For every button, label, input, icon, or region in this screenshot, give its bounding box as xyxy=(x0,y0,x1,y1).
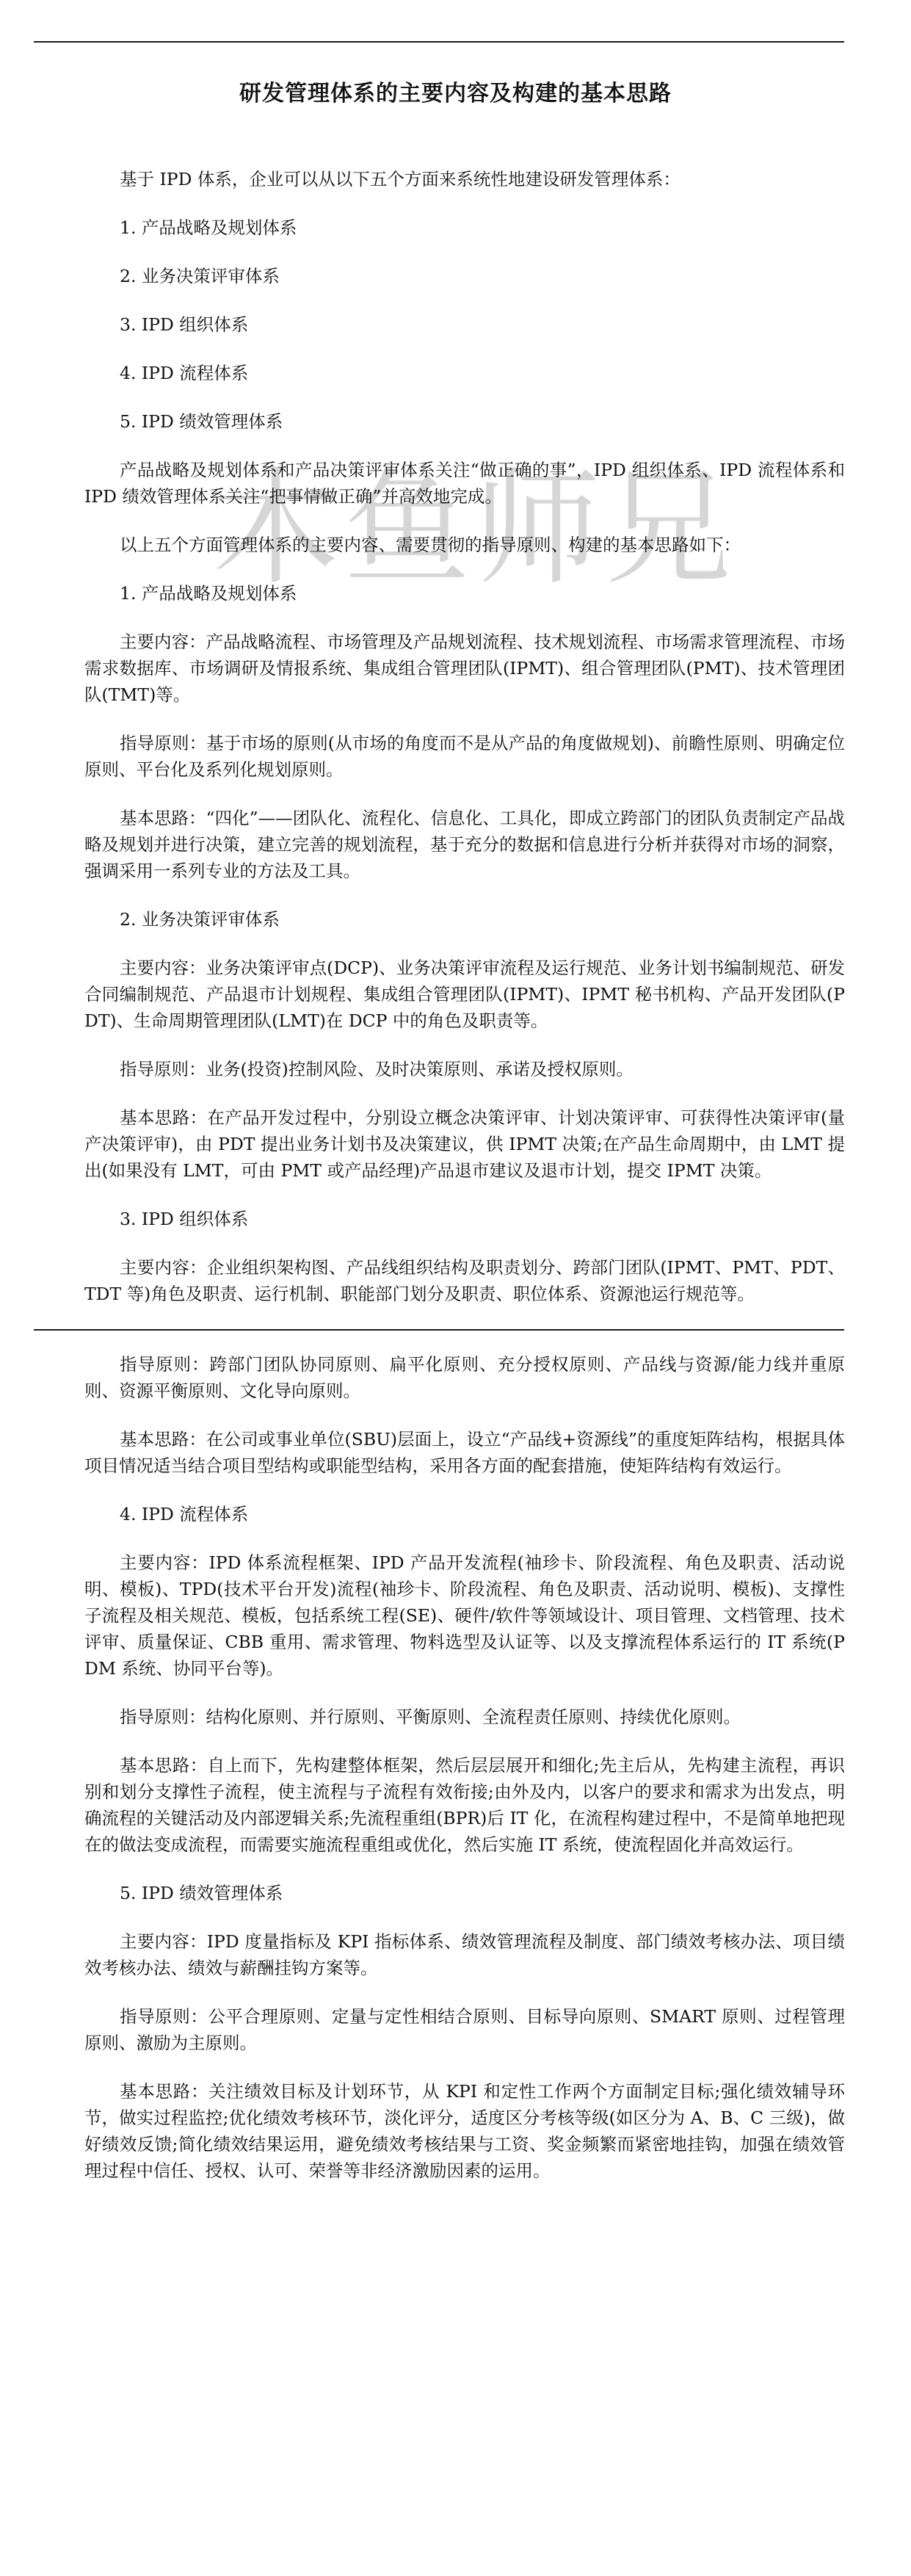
section-4-content: 主要内容：IPD 体系流程框架、IPD 产品开发流程(袖珍卡、阶段流程、角色及职… xyxy=(84,1549,845,1682)
section-4-principles: 指导原则：结构化原则、并行原则、平衡原则、全流程责任原则、持续优化原则。 xyxy=(84,1704,845,1730)
section-4-heading: 4. IPD 流程体系 xyxy=(84,1501,845,1527)
section-2-principles: 指导原则：业务(投资)控制风险、及时决策原则、承诺及授权原则。 xyxy=(84,1056,845,1082)
section-1-content: 主要内容：产品战略流程、市场管理及产品规划流程、技术规划流程、市场需求管理流程、… xyxy=(84,629,845,708)
summary-paragraph: 产品战略及规划体系和产品决策评审体系关注“做正确的事”，IPD 组织体系、IPD… xyxy=(84,457,845,510)
section-5-content: 主要内容：IPD 度量指标及 KPI 指标体系、绩效管理流程及制度、部门绩效考核… xyxy=(84,1928,845,1981)
section-3-approach: 基本思路：在公司或事业单位(SBU)层面上，设立“产品线+资源线”的重度矩阵结构… xyxy=(84,1426,845,1479)
section-3-content: 主要内容：企业组织架构图、产品线组织结构及职责划分、跨部门团队(IPMT、PMT… xyxy=(84,1254,845,1307)
page-top-rule xyxy=(34,41,844,43)
section-5-approach: 基本思路：关注绩效目标及计划环节，从 KPI 和定性工作两个方面制定目标;强化绩… xyxy=(84,2078,845,2184)
page-1-body: 研发管理体系的主要内容及构建的基本思路 基于 IPD 体系，企业可以从以下五个方… xyxy=(84,79,845,1329)
section-1-principles: 指导原则：基于市场的原则(从市场的角度而不是从产品的角度做规划)、前瞻性原则、明… xyxy=(84,730,845,783)
section-3-principles: 指导原则：跨部门团队协同原则、扁平化原则、充分授权原则、产品线与资源/能力线并重… xyxy=(84,1351,845,1404)
section-5-heading: 5. IPD 绩效管理体系 xyxy=(84,1880,845,1906)
section-2-approach: 基本思路：在产品开发过程中，分别设立概念决策评审、计划决策评审、可获得性决策评审… xyxy=(84,1104,845,1184)
document-title: 研发管理体系的主要内容及构建的基本思路 xyxy=(0,79,911,109)
intro-paragraph: 基于 IPD 体系，企业可以从以下五个方面来系统性地建设研发管理体系： xyxy=(84,166,845,192)
section-1-approach: 基本思路：“四化”——团队化、流程化、信息化、工具化，即成立跨部门的团队负责制定… xyxy=(84,805,845,884)
overview-item-1: 1. 产品战略及规划体系 xyxy=(84,214,845,241)
section-3-heading: 3. IPD 组织体系 xyxy=(84,1206,845,1232)
section-2-heading: 2. 业务决策评审体系 xyxy=(84,906,845,933)
section-2-content: 主要内容：业务决策评审点(DCP)、业务决策评审流程及运行规范、业务计划书编制规… xyxy=(84,955,845,1034)
page-2-body: 指导原则：跨部门团队协同原则、扁平化原则、充分授权原则、产品线与资源/能力线并重… xyxy=(84,1351,845,2206)
section-5-principles: 指导原则：公平合理原则、定量与定性相结合原则、目标导向原则、SMART 原则、过… xyxy=(84,2003,845,2056)
overview-item-3: 3. IPD 组织体系 xyxy=(84,311,845,338)
transition-paragraph: 以上五个方面管理体系的主要内容、需要贯彻的指导原则、构建的基本思路如下： xyxy=(84,532,845,558)
section-1-heading: 1. 产品战略及规划体系 xyxy=(84,580,845,607)
overview-item-2: 2. 业务决策评审体系 xyxy=(84,263,845,289)
page-break-rule xyxy=(34,1329,844,1331)
section-4-approach: 基本思路：自上而下，先构建整体框架，然后层层展开和细化;先主后从，先构建主流程，… xyxy=(84,1752,845,1858)
overview-item-4: 4. IPD 流程体系 xyxy=(84,360,845,386)
overview-item-5: 5. IPD 绩效管理体系 xyxy=(84,408,845,435)
